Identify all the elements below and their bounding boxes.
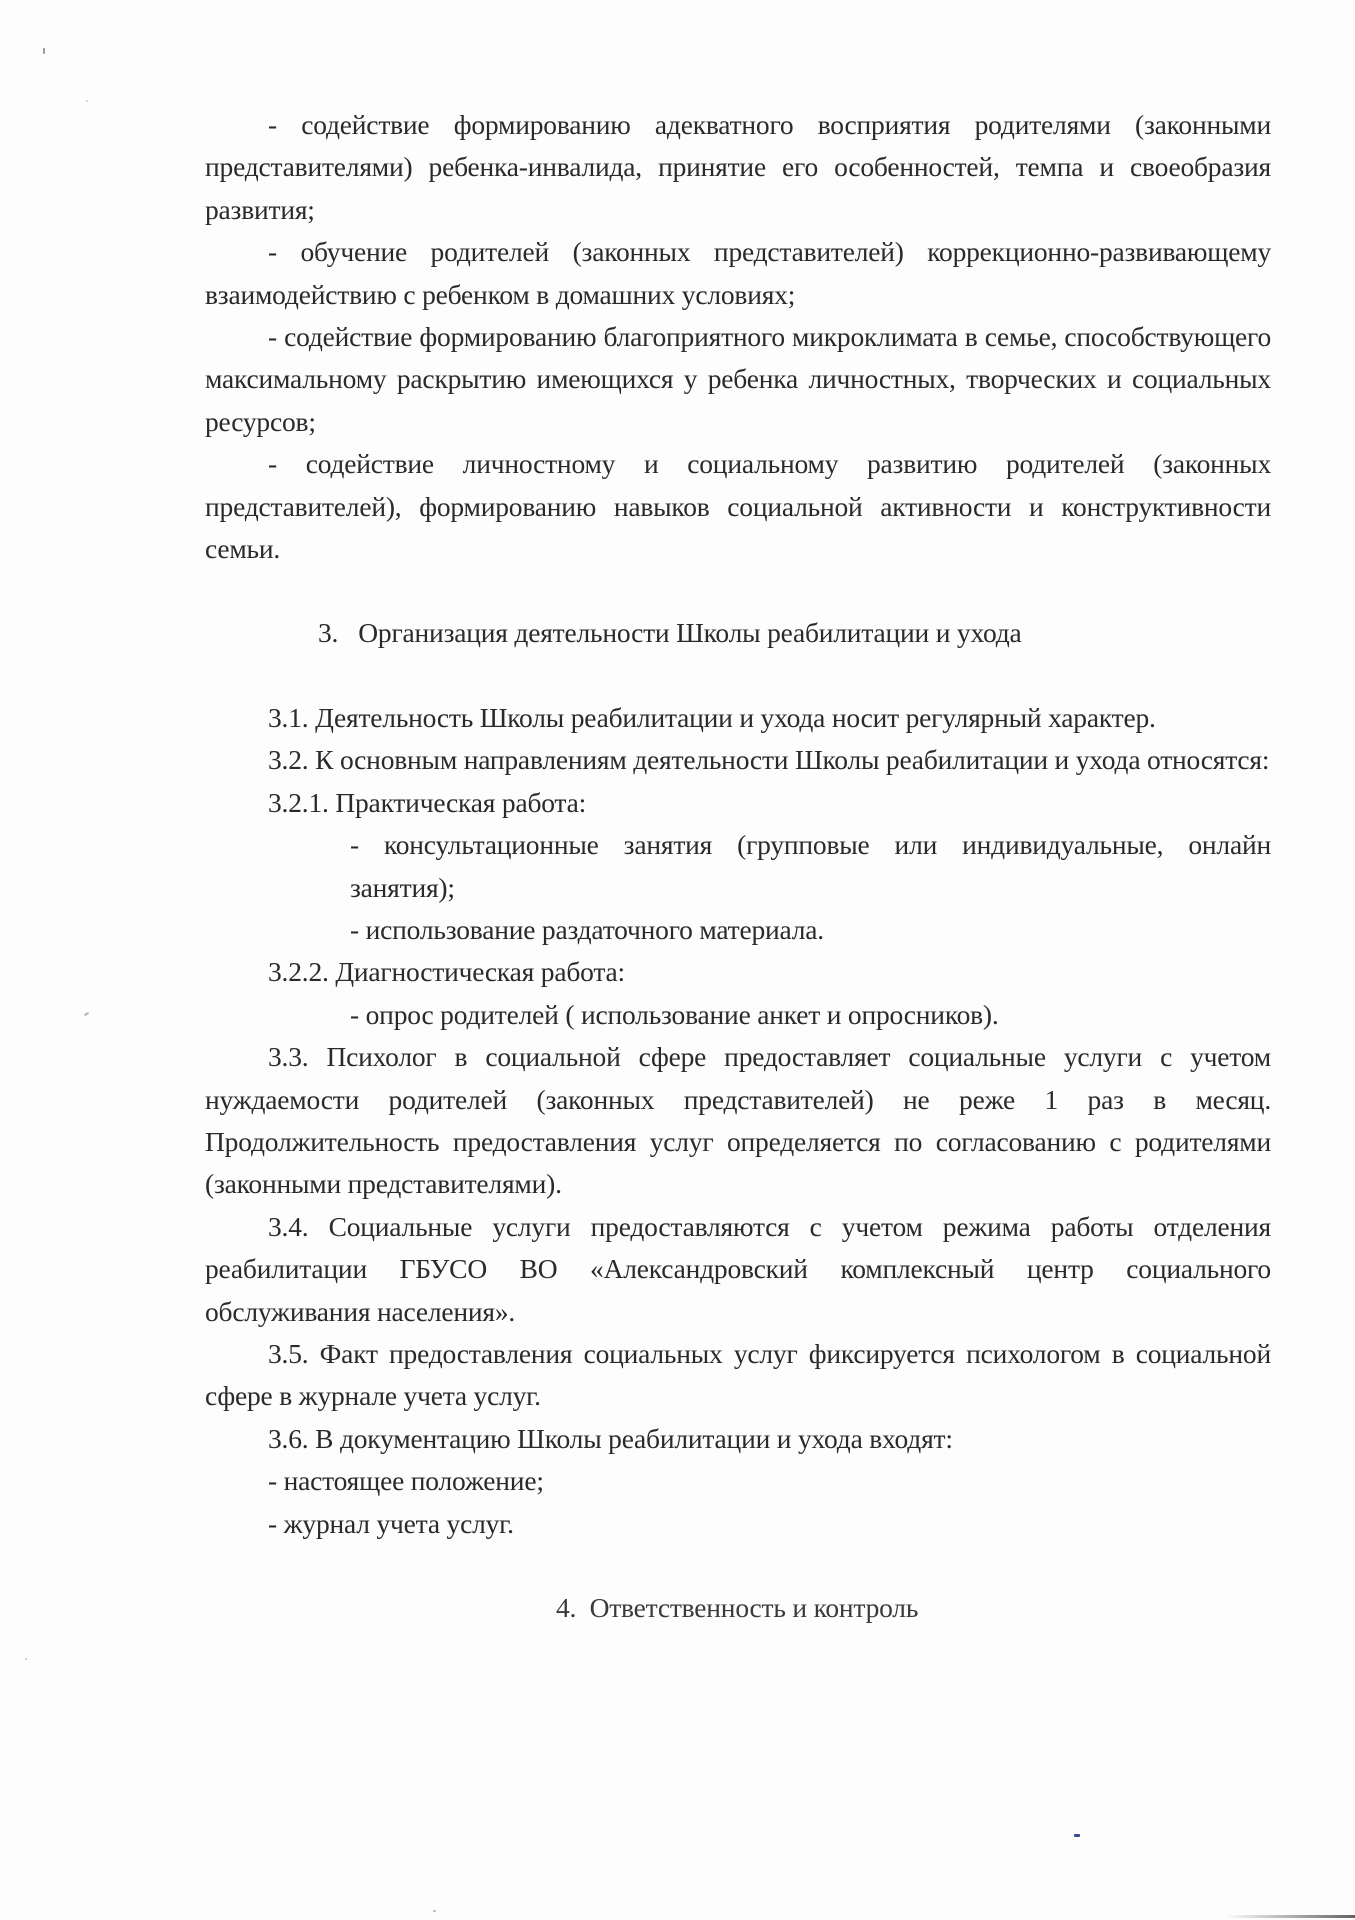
scan-speck (84, 1012, 89, 1016)
intro-item: - содействие формированию адекватного во… (205, 104, 1271, 231)
document-body: - содействие формированию адекватного во… (205, 104, 1271, 1629)
intro-item: - содействие личностному и социальному р… (205, 443, 1271, 570)
practical-work-item: - использование раздаточного материала. (350, 909, 1271, 951)
paragraph-3-3: 3.3. Психолог в социальной сфере предост… (205, 1036, 1271, 1206)
paragraph-3-5: 3.5. Факт предоставления социальных услу… (205, 1333, 1271, 1418)
scan-edge-shadow (1225, 1915, 1355, 1918)
scan-speck (43, 48, 45, 54)
section-4-heading: 4. Ответственность и контроль (205, 1587, 1271, 1629)
scan-speck (433, 1910, 436, 1912)
scanned-page: - содействие формированию адекватного во… (0, 0, 1355, 1920)
documentation-item: - настоящее положение; (205, 1460, 1271, 1502)
paragraph-3-4: 3.4. Социальные услуги предоставляются с… (205, 1206, 1271, 1333)
paragraph-3-2-2: 3.2.2. Диагностическая работа: (205, 951, 1271, 993)
scan-speck (25, 1658, 27, 1660)
section-3-heading: 3. Организация деятельности Школы реабил… (205, 612, 1271, 654)
intro-item: - обучение родителей (законных представи… (205, 231, 1271, 316)
paragraph-3-6: 3.6. В документацию Школы реабилитации и… (205, 1418, 1271, 1460)
scan-speck (86, 100, 88, 102)
documentation-item: - журнал учета услуг. (205, 1503, 1271, 1545)
diagnostic-work-item: - опрос родителей ( использование анкет … (350, 994, 1271, 1036)
paragraph-3-1: 3.1. Деятельность Школы реабилитации и у… (205, 697, 1271, 739)
paragraph-3-2: 3.2. К основным направлениям деятельност… (205, 739, 1271, 781)
scan-speck (1074, 1834, 1080, 1837)
paragraph-3-2-1: 3.2.1. Практическая работа: (205, 782, 1271, 824)
practical-work-item: - консультационные занятия (групповые ил… (350, 824, 1271, 909)
intro-item: - содействие формированию благоприятного… (205, 316, 1271, 443)
